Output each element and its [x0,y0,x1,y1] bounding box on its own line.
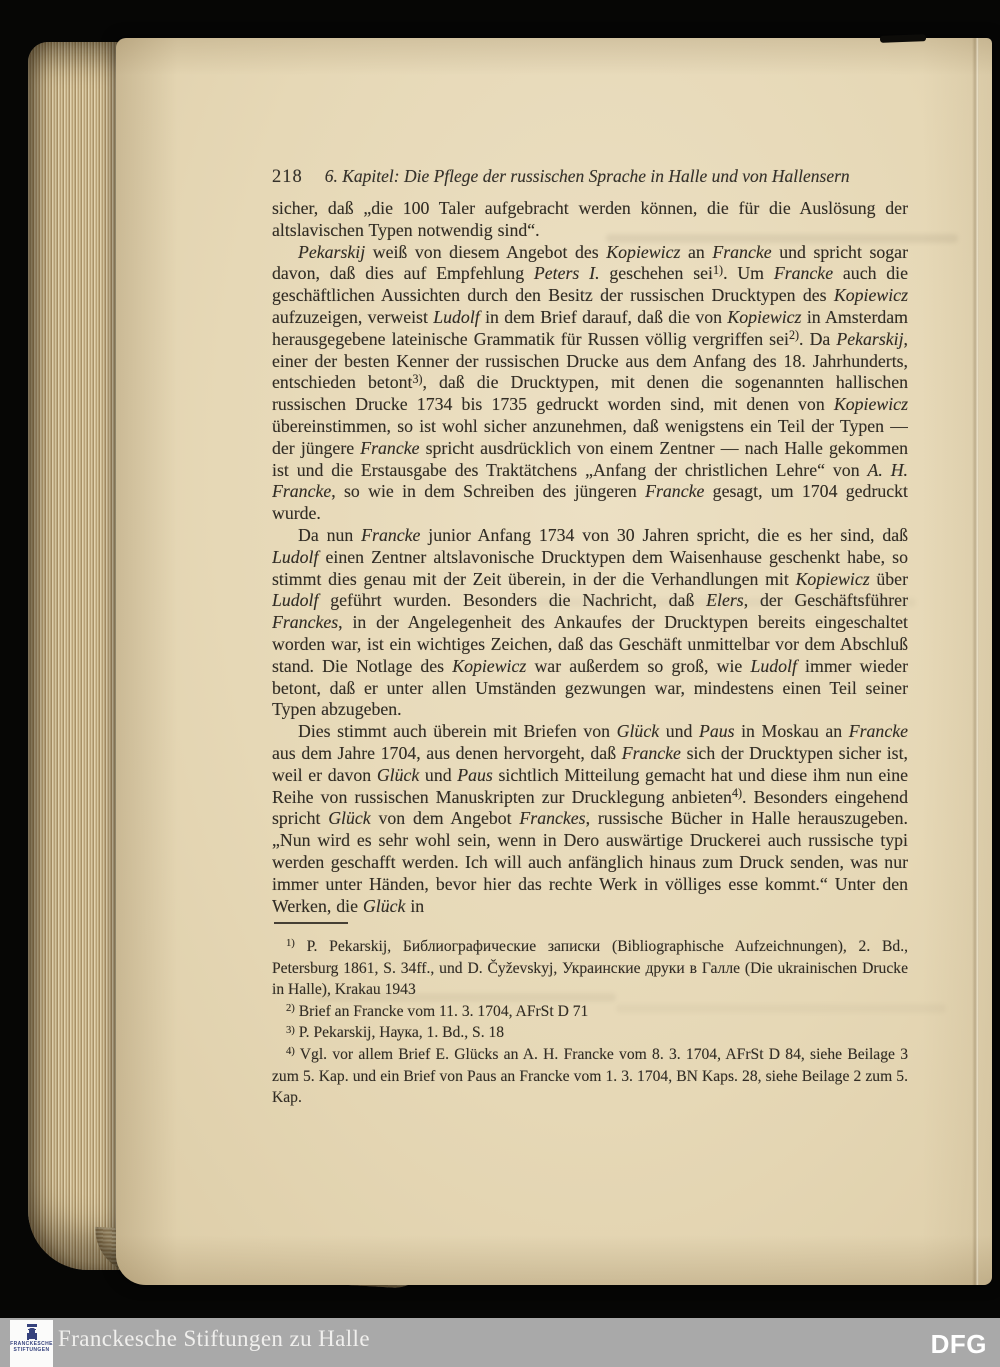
franckesche-figure-icon [24,1324,40,1340]
footnote: 3) P. Pekarskij, Наука, 1. Bd., S. 18 [272,1022,908,1044]
paragraph: Dies stimmt auch überein mit Briefen von… [272,721,908,917]
scanned-page-viewer: 2186. Kapitel: Die Pflege der russischen… [0,0,1000,1367]
footnote-separator [274,922,348,924]
chapter-title: 6. Kapitel: Die Pflege der russischen Sp… [325,166,850,186]
running-header: 2186. Kapitel: Die Pflege der russischen… [272,166,850,188]
footer-bar: FRANCKESCHE STIFTUNGEN Franckesche Stift… [0,1318,1000,1367]
paragraph: Pekarskij weiß von diesem Angebot des Ko… [272,242,908,525]
page-number: 218 [272,167,303,187]
footer-institution-title: Franckesche Stiftungen zu Halle [58,1326,370,1352]
footnotes: 1) P. Pekarskij, Библиографические запис… [272,936,908,1109]
body-text: sicher, daß „die 100 Taler aufgebracht w… [272,198,908,926]
paragraph: sicher, daß „die 100 Taler aufgebracht w… [272,198,908,242]
book-page: 2186. Kapitel: Die Pflege der russischen… [116,38,992,1285]
footnote: 4) Vgl. vor allem Brief E. Glücks an A. … [272,1044,908,1109]
footnote: 2) Brief an Francke vom 11. 3. 1704, AFr… [272,1001,908,1023]
page-edge-tear [880,34,926,43]
logo-text-line2: STIFTUNGEN [10,1347,53,1353]
dfg-logo: DFG [931,1329,987,1359]
franckesche-logo-text: FRANCKESCHE STIFTUNGEN [10,1341,53,1353]
paragraph: Da nun Francke junior Anfang 1734 von 30… [272,525,908,721]
franckesche-stiftungen-logo: FRANCKESCHE STIFTUNGEN [10,1320,53,1367]
footnote: 1) P. Pekarskij, Библиографические запис… [272,936,908,1001]
